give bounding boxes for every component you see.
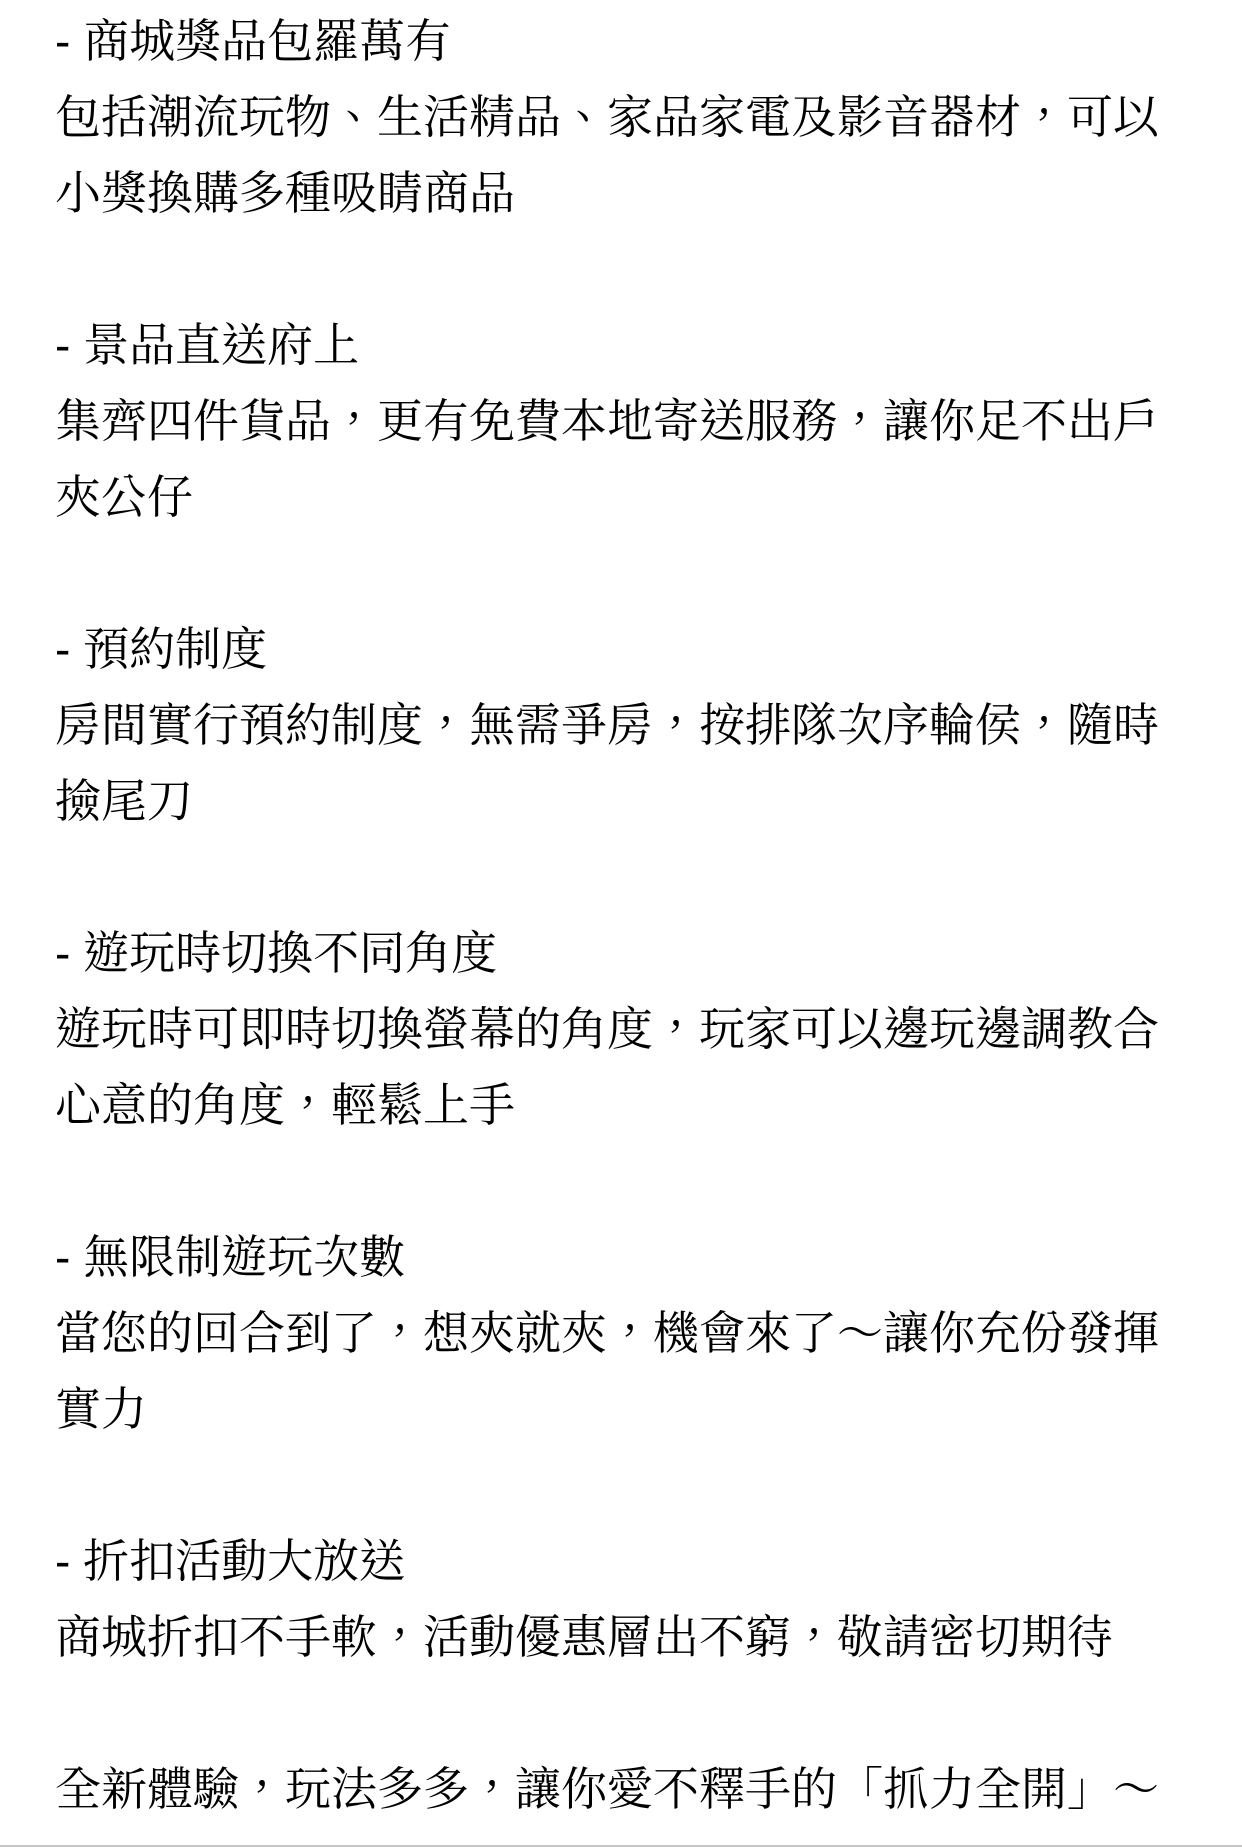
description-section: - 預約制度房間實行預約制度，無需爭房，按排隊次序輪侯，隨時撿尾刀 [55,611,1188,839]
description-section: - 遊玩時切換不同角度遊玩時可即時切換螢幕的角度，玩家可以邊玩邊調教合心意的角度… [55,915,1188,1143]
text-line: 房間實行預約制度，無需爭房，按排隊次序輪侯，隨時 [55,687,1188,763]
text-line: 全新體驗，玩法多多，讓你愛不釋手的「抓力全開」～ [55,1751,1188,1827]
app-description-text: - 商城獎品包羅萬有包括潮流玩物、生活精品、家品家電及影音器材，可以小獎換購多種… [0,0,1242,1827]
text-line: 實力 [55,1371,1188,1447]
section-title: - 商城獎品包羅萬有 [55,3,1188,79]
text-line: 當您的回合到了，想夾就夾，機會來了～讓你充份發揮 [55,1295,1188,1371]
section-title: - 無限制遊玩次數 [55,1219,1188,1295]
text-line: 夾公仔 [55,459,1188,535]
text-line: 集齊四件貨品，更有免費本地寄送服務，讓你足不出戶 [55,383,1188,459]
description-section: 全新體驗，玩法多多，讓你愛不釋手的「抓力全開」～ [55,1751,1188,1827]
description-section: - 折扣活動大放送商城折扣不手軟，活動優惠層出不窮，敬請密切期待 [55,1523,1188,1675]
section-title: - 預約制度 [55,611,1188,687]
description-section: - 景品直送府上集齊四件貨品，更有免費本地寄送服務，讓你足不出戶夾公仔 [55,307,1188,535]
section-title: - 折扣活動大放送 [55,1523,1188,1599]
description-section: - 無限制遊玩次數當您的回合到了，想夾就夾，機會來了～讓你充份發揮實力 [55,1219,1188,1447]
text-line: 包括潮流玩物、生活精品、家品家電及影音器材，可以 [55,79,1188,155]
text-line: 小獎換購多種吸睛商品 [55,155,1188,231]
section-title: - 景品直送府上 [55,307,1188,383]
section-title: - 遊玩時切換不同角度 [55,915,1188,991]
text-line: 遊玩時可即時切換螢幕的角度，玩家可以邊玩邊調教合 [55,991,1188,1067]
text-line: 心意的角度，輕鬆上手 [55,1067,1188,1143]
description-section: - 商城獎品包羅萬有包括潮流玩物、生活精品、家品家電及影音器材，可以小獎換購多種… [55,3,1188,231]
text-line: 商城折扣不手軟，活動優惠層出不窮，敬請密切期待 [55,1599,1188,1675]
text-line: 撿尾刀 [55,763,1188,839]
